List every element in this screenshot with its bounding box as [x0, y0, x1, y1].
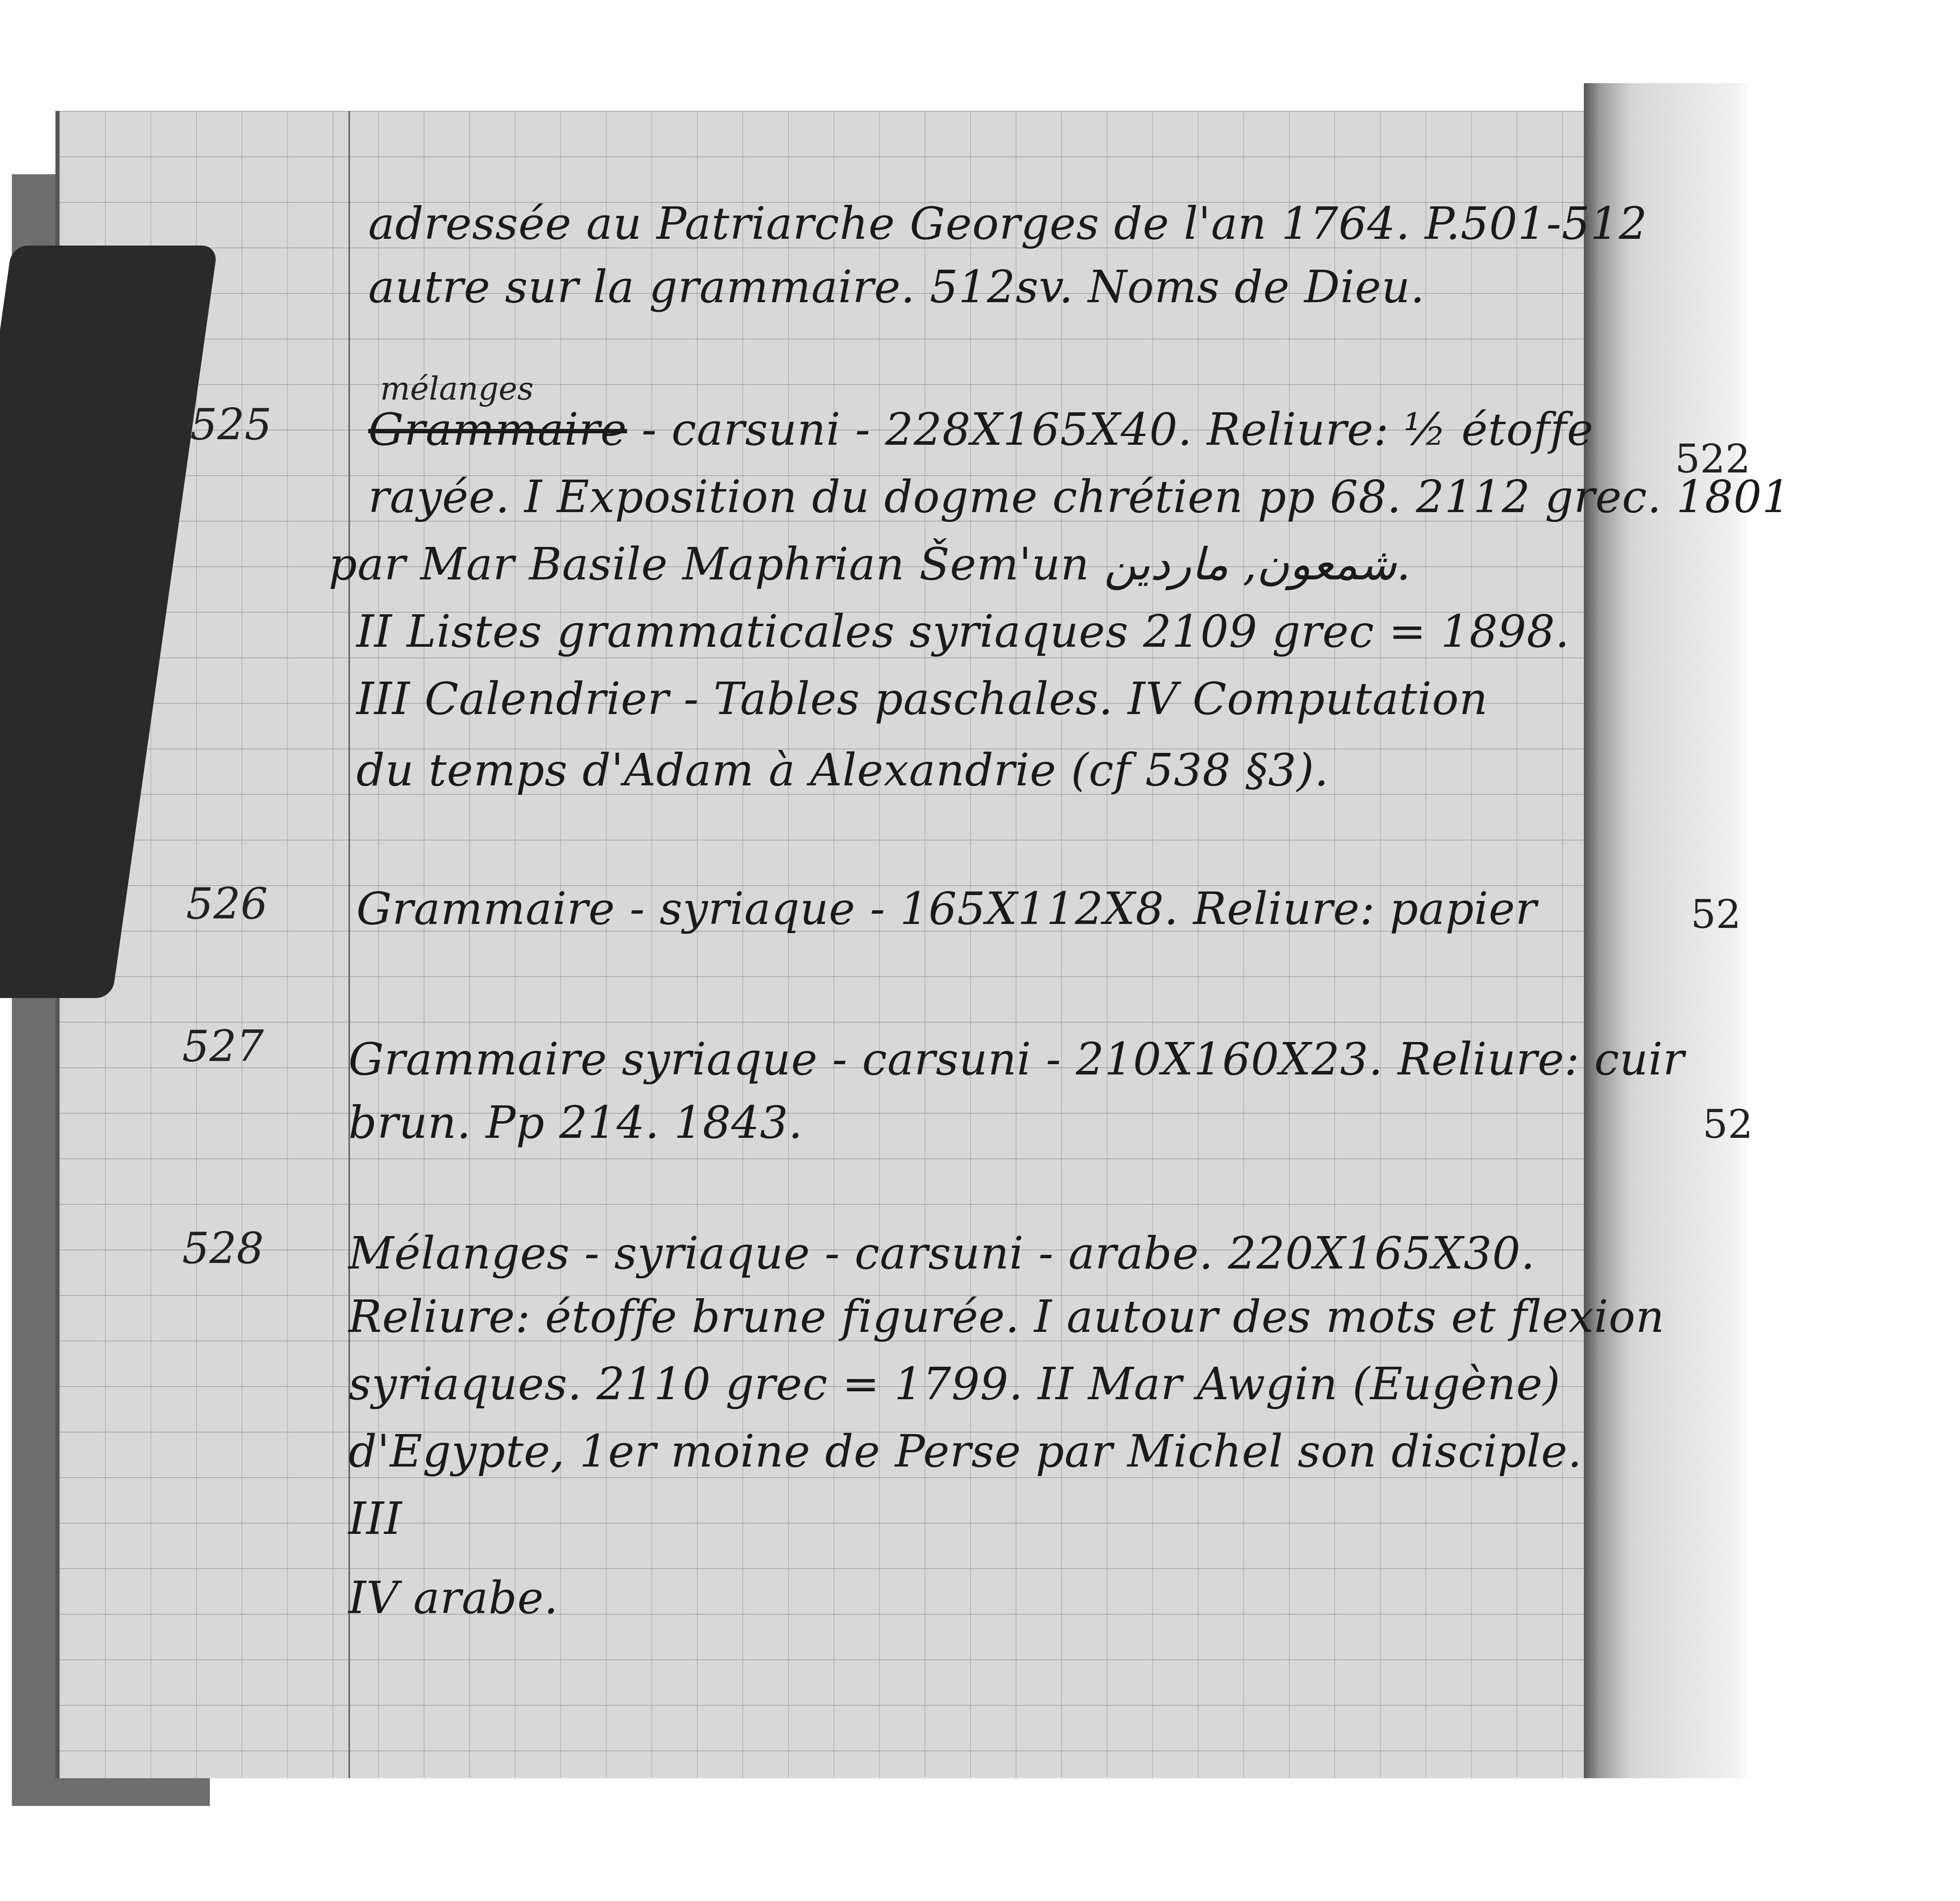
continuation-line: autre sur la grammaire. 512sv. Noms de D… [368, 261, 1425, 313]
entry-line: brun. Pp 214. 1843. [348, 1097, 803, 1149]
entry-line: III [348, 1493, 402, 1545]
entry-line: Grammaire syriaque - carsuni - 210X160X2… [348, 1034, 1684, 1085]
entry-number: 526 [186, 879, 268, 929]
continuation-line: adressée au Patriarche Georges de l'an 1… [368, 198, 1648, 250]
entry-line: Grammaire - carsuni - 228X165X40. Reliur… [368, 404, 1594, 455]
entry-line: d'Egypte, 1er moine de Perse par Michel … [348, 1426, 1582, 1477]
entry-line: Reliure: étoffe brune figurée. I autour … [348, 1291, 1665, 1343]
correction-above: mélanges [380, 370, 534, 407]
facing-page-number: 522 [1675, 436, 1751, 482]
facing-page-number: 52 [1703, 1101, 1753, 1147]
entry-line: II Listes grammaticales syriaques 2109 g… [356, 606, 1570, 657]
facing-page-number: 52 [1691, 891, 1741, 937]
entry-line: III Calendrier - Tables paschales. IV Co… [356, 673, 1488, 725]
entry-line: Grammaire - syriaque - 165X112X8. Reliur… [356, 883, 1537, 935]
entry-line: du temps d'Adam à Alexandrie (cf 538 §3)… [356, 745, 1329, 796]
entry-line: syriaques. 2110 grec = 1799. II Mar Awgi… [348, 1358, 1560, 1410]
entry-line: rayée. I Exposition du dogme chrétien pp… [368, 471, 1791, 523]
notebook-page [55, 111, 1623, 1778]
entry-line: Mélanges - syriaque - carsuni - arabe. 2… [348, 1228, 1535, 1279]
entry-number: 527 [182, 1022, 264, 1071]
entry-number: 525 [190, 400, 272, 450]
entry-line: IV arabe. [348, 1572, 558, 1624]
struck-word: Grammaire [368, 404, 627, 455]
entry-line: par Mar Basile Maphrian Šem'un شمعون, ما… [329, 539, 1410, 590]
entry-number: 528 [182, 1224, 264, 1273]
